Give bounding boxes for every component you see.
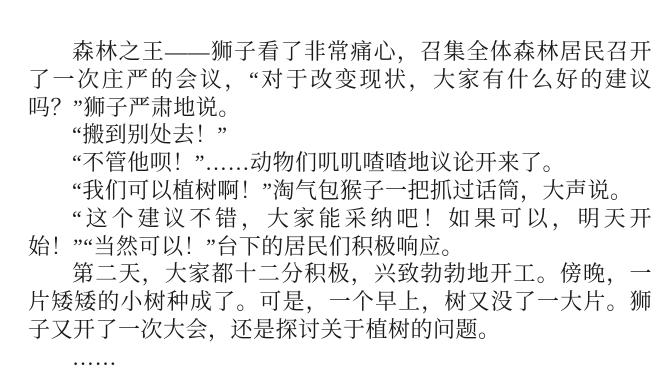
story-text: 森林之王——狮子看了非常痛心，召集全体森林居民召开了一次庄严的会议，“对于改变现… <box>28 38 652 372</box>
paragraph: 第二天，大家都十二分积极，兴致勃勃地开工。傍晚，一片矮矮的小树种成了。可是，一个… <box>28 260 652 343</box>
paragraph: “我们可以植树啊！”淘气包猴子一把抓过话筒，大声说。 <box>28 177 652 205</box>
paragraph: “不管他呗！”……动物们叽叽喳喳地议论开来了。 <box>28 149 652 177</box>
paragraph: 森林之王——狮子看了非常痛心，召集全体森林居民召开了一次庄严的会议，“对于改变现… <box>28 38 652 121</box>
paragraph: “搬到别处去！” <box>28 121 652 149</box>
paragraph: …… <box>28 344 652 372</box>
paragraph: “这个建议不错，大家能采纳吧！如果可以，明天开始！”“当然可以！”台下的居民们积… <box>28 205 652 261</box>
document-page: 森林之王——狮子看了非常痛心，召集全体森林居民召开了一次庄严的会议，“对于改变现… <box>0 0 668 376</box>
